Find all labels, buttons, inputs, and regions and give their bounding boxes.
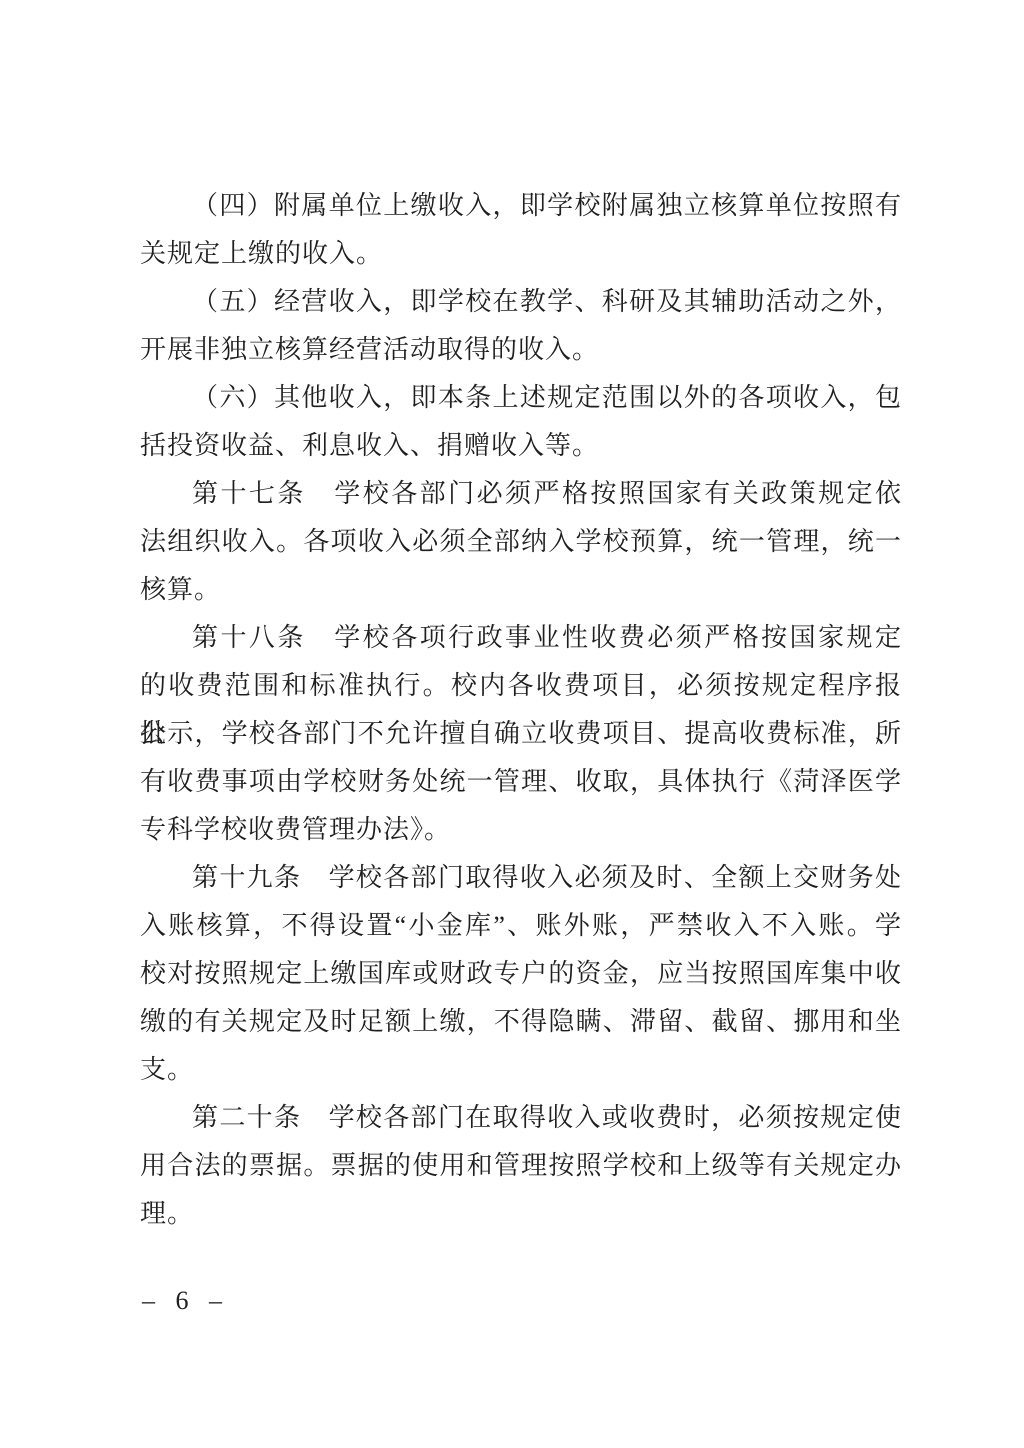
text-line: 专科学校收费管理办法》。 [140, 806, 902, 854]
text-line: 公示，学校各部门不允许擅自确立收费项目、提高收费标准，所 [140, 710, 902, 758]
text-line: 第十九条 学校各部门取得收入必须及时、全额上交财务处 [140, 854, 902, 902]
text-line: 用合法的票据。票据的使用和管理按照学校和上级等有关规定办 [140, 1142, 902, 1190]
text-line: 法组织收入。各项收入必须全部纳入学校预算，统一管理，统一 [140, 518, 902, 566]
document-body: （四）附属单位上缴收入，即学校附属独立核算单位按照有 关规定上缴的收入。 （五）… [140, 182, 902, 1238]
page-number: – 6 – [142, 1283, 229, 1319]
text-line: 括投资收益、利息收入、捐赠收入等。 [140, 422, 902, 470]
text-line: （五）经营收入，即学校在教学、科研及其辅助活动之外， [140, 278, 902, 326]
text-line: 的收费范围和标准执行。校内各收费项目，必须按规定程序报批、 [140, 662, 902, 710]
text-line: 关规定上缴的收入。 [140, 230, 902, 278]
text-line: 第十八条 学校各项行政事业性收费必须严格按国家规定 [140, 614, 902, 662]
document-page: （四）附属单位上缴收入，即学校附属独立核算单位按照有 关规定上缴的收入。 （五）… [0, 0, 1024, 1448]
text-line: 理。 [140, 1190, 902, 1238]
text-line: 核算。 [140, 566, 902, 614]
text-line: 开展非独立核算经营活动取得的收入。 [140, 326, 902, 374]
text-line: 缴的有关规定及时足额上缴，不得隐瞒、滞留、截留、挪用和坐 [140, 998, 902, 1046]
text-line: （四）附属单位上缴收入，即学校附属独立核算单位按照有 [140, 182, 902, 230]
text-line: （六）其他收入，即本条上述规定范围以外的各项收入，包 [140, 374, 902, 422]
text-line: 有收费事项由学校财务处统一管理、收取，具体执行《菏泽医学 [140, 758, 902, 806]
text-line: 第二十条 学校各部门在取得收入或收费时，必须按规定使 [140, 1094, 902, 1142]
text-line: 支。 [140, 1046, 902, 1094]
text-line: 校对按照规定上缴国库或财政专户的资金，应当按照国库集中收 [140, 950, 902, 998]
text-line: 入账核算，不得设置“小金库”、账外账，严禁收入不入账。学 [140, 902, 902, 950]
text-line: 第十七条 学校各部门必须严格按照国家有关政策规定依 [140, 470, 902, 518]
